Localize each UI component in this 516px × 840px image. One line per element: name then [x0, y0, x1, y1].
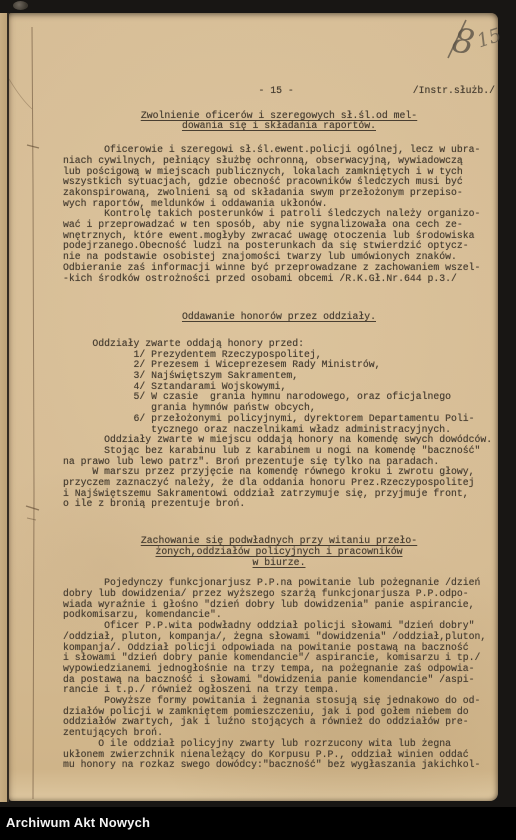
text-line: zakonspirowaną, zwolnieni są od składani…	[63, 188, 495, 199]
typewriter-text: - 15 - /Instr.służb./ Zwolnienie oficeró…	[63, 86, 495, 771]
pencil-mark-15: 15	[474, 24, 504, 52]
text-line: Oddawanie honorów przez oddziały.	[63, 312, 495, 323]
text-line: dowania się i składania raportów.	[63, 121, 495, 132]
page-header: - 15 - /Instr.służb./	[63, 86, 495, 97]
section-heading: Oddawanie honorów przez oddziały.	[63, 312, 495, 323]
section-body: Oddziały zwarte oddają honory przed: 1/ …	[63, 339, 495, 510]
pencil-annotation: 8 15	[438, 14, 510, 66]
adjacent-page-edge	[0, 13, 9, 802]
section-heading: Zachowanie się podwładnych przy witaniu …	[63, 536, 495, 568]
text-line: -kich środków ostrożności przed osobami …	[63, 274, 495, 285]
binding-debris	[13, 1, 28, 10]
section-body: Pojedynczy funkcjonarjusz P.P.na powitan…	[63, 578, 495, 771]
text-line: żonych,oddziałów policyjnych i pracownik…	[63, 547, 495, 558]
document-reference: /Instr.służb./	[413, 86, 495, 97]
section-heading: Zwolnienie oficerów i szeregowych sł.śl.…	[63, 111, 495, 132]
text-line: mu honory na rozkaz swego dowódcy:"baczn…	[63, 760, 495, 771]
archive-watermark-label: Archiwum Akt Nowych	[6, 815, 150, 830]
text-line: niach cywilnych, pełniący służbę ochronn…	[63, 156, 495, 167]
text-line: o ile z bronią prezentuje broń.	[63, 499, 495, 510]
text-line: 6/ przełożonymi policyjnymi, dyrektorem …	[63, 414, 495, 425]
text-line: w biurze.	[63, 558, 495, 569]
section-body: Oficerowie i szeregowi sł.śl.ewent.polic…	[63, 145, 495, 284]
text-line: O ile oddział policyjny zwarty lub rozrz…	[63, 739, 495, 750]
text-line: /oddział, pluton, kompanja/, żegna słowa…	[63, 632, 495, 643]
page-number: - 15 -	[259, 86, 294, 97]
archive-watermark-bar: Archiwum Akt Nowych	[0, 807, 516, 840]
document-page: - 15 - /Instr.służb./ Zwolnienie oficeró…	[9, 13, 498, 801]
text-line: Odbieranie zaś informacji winne być prze…	[63, 263, 495, 274]
